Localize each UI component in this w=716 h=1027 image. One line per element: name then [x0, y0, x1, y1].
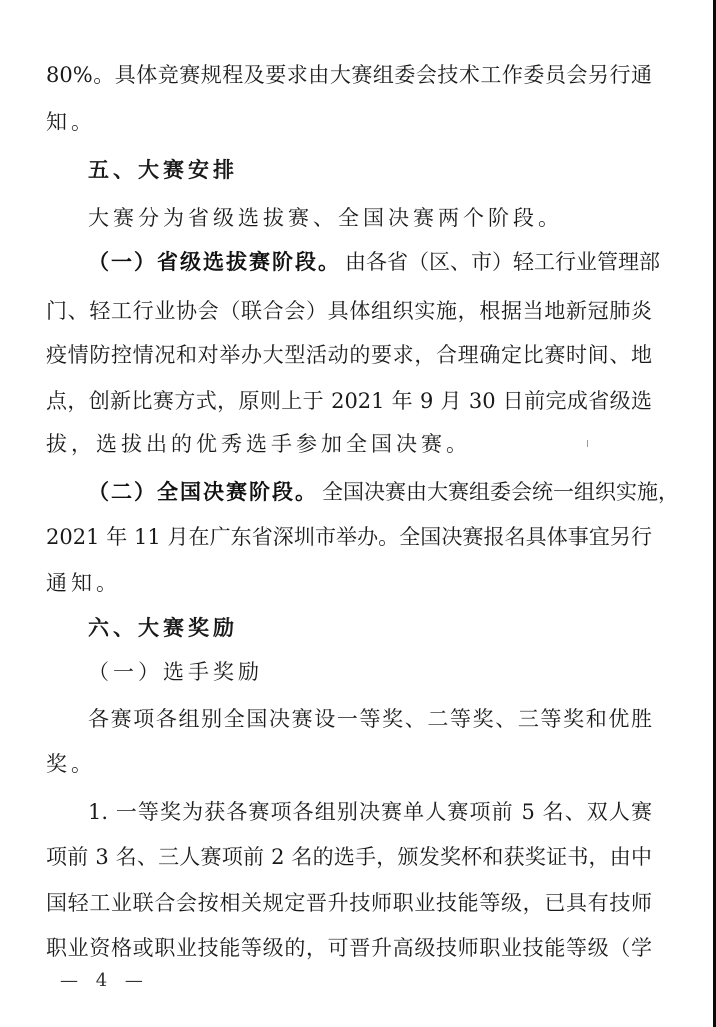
line-text: 拔，选拔出的优秀选手参加全国决赛。: [46, 429, 471, 459]
line-text: 2021 年 11 月在广东省深圳市举办。全国决赛报名具体事宜另行: [46, 522, 652, 552]
line-text: 门、轻工行业协会（联合会）具体组织实施，根据当地新冠肺炎: [46, 296, 652, 326]
line-text: 由各省（区、市）轻工行业管理部: [345, 247, 660, 277]
page-number: — 4 —: [60, 970, 149, 991]
subsection-lead: （二）全国决赛阶段。: [88, 477, 318, 507]
paragraph-line: 1. 一等奖为获各赛项各组别决赛单人赛项前 5 名、双人赛: [88, 797, 652, 827]
paragraph-line: 知。: [46, 107, 652, 137]
line-text: 奖。: [46, 749, 96, 779]
paragraph-line: 点，创新比赛方式，原则上于 2021 年 9 月 30 日前完成省级选: [46, 386, 652, 416]
subsection-text: （一）选手奖励: [88, 657, 263, 687]
line-text: 1. 一等奖为获各赛项各组别决赛单人赛项前 5 名、双人赛: [88, 797, 652, 827]
paragraph-line: 项前 3 名、三人赛项前 2 名的选手，颁发奖杯和获奖证书，由中: [46, 842, 652, 872]
line-text: 知。: [46, 107, 96, 137]
paragraph-line: 疫情防控情况和对举办大型活动的要求，合理确定比赛时间、地: [46, 340, 652, 370]
subsection-lead: （一）省级选拔赛阶段。: [88, 247, 341, 277]
scan-speck: [587, 440, 588, 447]
line-text: 大赛分为省级选拔赛、全国决赛两个阶段。: [88, 203, 563, 233]
heading-text: 六、大赛奖励: [88, 613, 238, 643]
line-text: 国轻工业联合会按相关规定晋升技师职业技能等级，已具有技师: [46, 888, 652, 918]
line-text: 80%。具体竞赛规程及要求由大赛组委会技术工作委员会另行通: [46, 60, 652, 90]
heading-text: 五、大赛安排: [88, 155, 238, 185]
paragraph-line: 2021 年 11 月在广东省深圳市举办。全国决赛报名具体事宜另行: [46, 522, 652, 552]
paragraph-line: 奖。: [46, 749, 652, 779]
section-heading-5: 五、大赛安排: [88, 155, 652, 185]
subsection-line-provincial: （一）省级选拔赛阶段。 由各省（区、市）轻工行业管理部: [88, 247, 652, 277]
paragraph-line: 各赛项各组别全国决赛设一等奖、二等奖、三等奖和优胜: [88, 704, 652, 734]
subsection-line-national: （二）全国决赛阶段。 全国决赛由大赛组委会统一组织实施，: [88, 477, 652, 507]
paragraph-line: 通知。: [46, 568, 652, 598]
line-text: 疫情防控情况和对举办大型活动的要求，合理确定比赛时间、地: [46, 340, 652, 370]
line-text: 各赛项各组别全国决赛设一等奖、二等奖、三等奖和优胜: [88, 704, 652, 734]
line-text: 通知。: [46, 568, 121, 598]
line-text: 项前 3 名、三人赛项前 2 名的选手，颁发奖杯和获奖证书，由中: [46, 842, 652, 872]
line-text: 点，创新比赛方式，原则上于 2021 年 9 月 30 日前完成省级选: [46, 386, 652, 416]
paragraph-line: 80%。具体竞赛规程及要求由大赛组委会技术工作委员会另行通: [46, 60, 652, 90]
document-page: 80%。具体竞赛规程及要求由大赛组委会技术工作委员会另行通 知。 五、大赛安排 …: [0, 0, 716, 1027]
paragraph-line: 大赛分为省级选拔赛、全国决赛两个阶段。: [88, 203, 652, 233]
subsection-heading-player-awards: （一）选手奖励: [88, 657, 652, 687]
section-heading-6: 六、大赛奖励: [88, 613, 652, 643]
paragraph-line: 国轻工业联合会按相关规定晋升技师职业技能等级，已具有技师: [46, 888, 652, 918]
paragraph-line: 门、轻工行业协会（联合会）具体组织实施，根据当地新冠肺炎: [46, 296, 652, 326]
line-text: 职业资格或职业技能等级的，可晋升高级技师职业技能等级（学: [46, 933, 652, 963]
line-text: 全国决赛由大赛组委会统一组织实施，: [322, 477, 679, 507]
paragraph-line: 拔，选拔出的优秀选手参加全国决赛。: [46, 429, 652, 459]
paragraph-line: 职业资格或职业技能等级的，可晋升高级技师职业技能等级（学: [46, 933, 652, 963]
